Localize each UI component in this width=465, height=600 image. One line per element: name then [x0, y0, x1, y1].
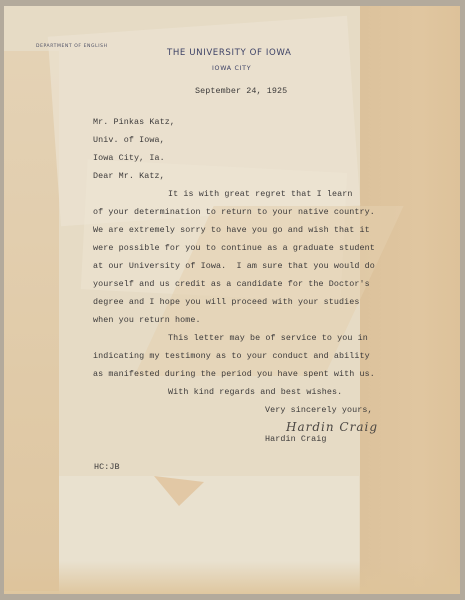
body-line: when you return home. [93, 315, 201, 325]
body-line: It is with great regret that I learn [168, 189, 353, 199]
body-line: were possible for you to continue as a g… [93, 243, 375, 253]
institution-city: IOWA CITY [212, 65, 251, 72]
recipient-address-line: Iowa City, Ia. [93, 153, 165, 163]
recipient-address-line: Univ. of Iowa, [93, 135, 165, 145]
body-line: of your determination to return to your … [93, 207, 375, 217]
body-line: degree and I hope you will proceed with … [93, 297, 360, 307]
body-line: With kind regards and best wishes. [168, 387, 342, 397]
body-line: as manifested during the period you have… [93, 369, 375, 379]
recipient-name: Mr. Pinkas Katz, [93, 117, 175, 127]
body-line: at our University of Iowa. I am sure tha… [93, 261, 375, 271]
signer-name: Hardin Craig [265, 434, 327, 444]
institution-name: THE UNIVERSITY OF IOWA [167, 48, 291, 58]
salutation: Dear Mr. Katz, [93, 171, 165, 181]
letter-content: DEPARTMENT OF ENGLISH THE UNIVERSITY OF … [4, 6, 460, 594]
body-line: indicating my testimony as to your condu… [93, 351, 370, 361]
complimentary-closing: Very sincerely yours, [265, 405, 373, 415]
body-line: yourself and us credit as a candidate fo… [93, 279, 370, 289]
department-name: DEPARTMENT OF ENGLISH [36, 44, 108, 49]
letter-date: September 24, 1925 [195, 86, 287, 96]
reference-initials: HC:JB [94, 462, 120, 472]
body-line: This letter may be of service to you in [168, 333, 368, 343]
letter-paper: DEPARTMENT OF ENGLISH THE UNIVERSITY OF … [4, 6, 460, 594]
handwritten-signature: Hardin Craig [286, 420, 378, 434]
body-line: We are extremely sorry to have you go an… [93, 225, 370, 235]
